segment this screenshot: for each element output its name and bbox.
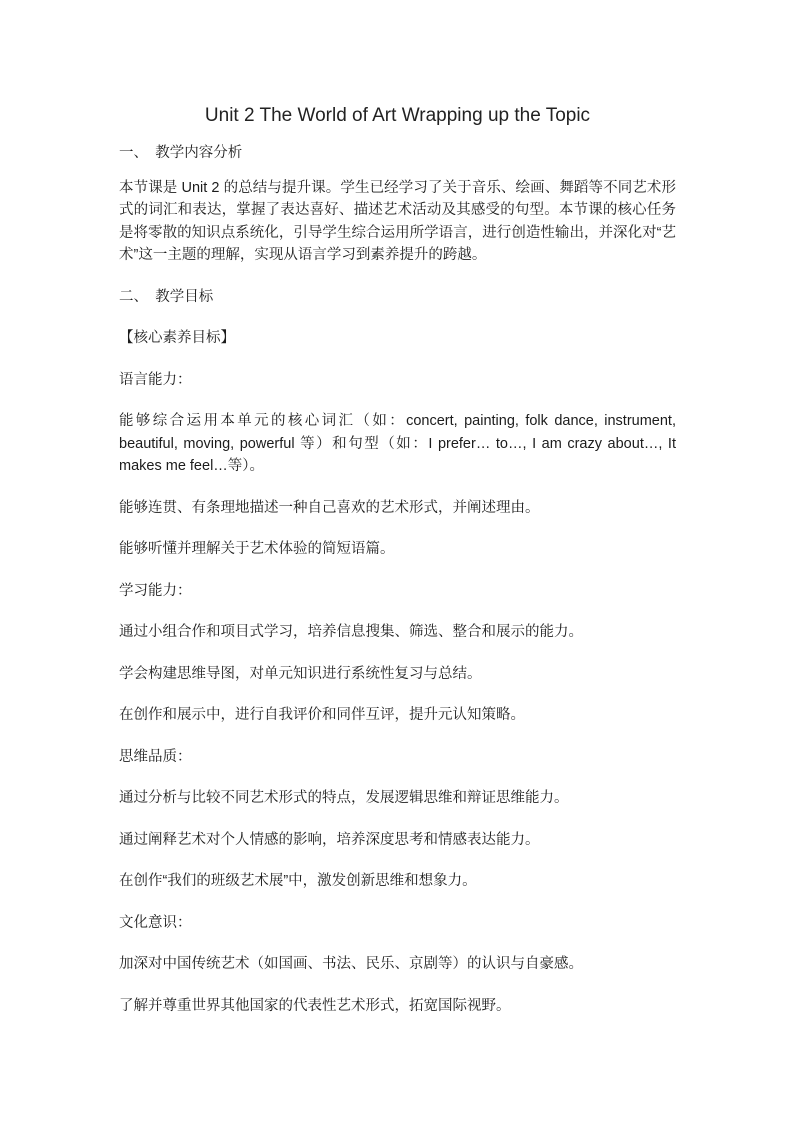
thinking-quality-label: 思维品质：: [119, 746, 676, 769]
language-goal-3: 能够听懂并理解关于艺术体验的简短语篇。: [119, 538, 676, 561]
culture-goal-2: 了解并尊重世界其他国家的代表性艺术形式，拓宽国际视野。: [119, 995, 676, 1018]
language-ability-label: 语言能力：: [119, 369, 676, 392]
language-goal-2: 能够连贯、有条理地描述一种自己喜欢的艺术形式，并阐述理由。: [119, 497, 676, 520]
learning-goal-1: 通过小组合作和项目式学习，培养信息搜集、筛选、整合和展示的能力。: [119, 621, 676, 644]
document-title: Unit 2 The World of Art Wrapping up the …: [119, 102, 676, 129]
section-2-heading: 二、 教学目标: [119, 286, 676, 309]
document-page: Unit 2 The World of Art Wrapping up the …: [0, 0, 794, 1123]
language-goal-1: 能够综合运用本单元的核心词汇（如：concert, painting, folk…: [119, 410, 676, 478]
core-goals-label: 【核心素养目标】: [119, 327, 676, 350]
thinking-goal-1: 通过分析与比较不同艺术形式的特点，发展逻辑思维和辩证思维能力。: [119, 787, 676, 810]
learning-ability-label: 学习能力：: [119, 580, 676, 603]
section-1-heading: 一、 教学内容分析: [119, 142, 676, 165]
thinking-goal-3: 在创作“我们的班级艺术展”中，激发创新思维和想象力。: [119, 870, 676, 893]
cultural-awareness-label: 文化意识：: [119, 912, 676, 935]
learning-goal-2: 学会构建思维导图，对单元知识进行系统性复习与总结。: [119, 663, 676, 686]
thinking-goal-2: 通过阐释艺术对个人情感的影响，培养深度思考和情感表达能力。: [119, 829, 676, 852]
section-1-paragraph: 本节课是 Unit 2 的总结与提升课。学生已经学习了关于音乐、绘画、舞蹈等不同…: [119, 177, 676, 267]
learning-goal-3: 在创作和展示中，进行自我评价和同伴互评，提升元认知策略。: [119, 704, 676, 727]
culture-goal-1: 加深对中国传统艺术（如国画、书法、民乐、京剧等）的认识与自豪感。: [119, 953, 676, 976]
